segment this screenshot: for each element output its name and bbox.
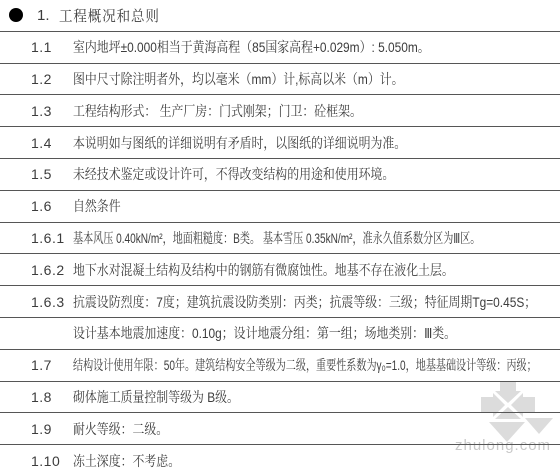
note-row-1-9: 1.9 耐火等级：二级。 (0, 413, 560, 445)
note-row-1-5: 1.5 未经技术鉴定或设计许可，不得改变结构的用途和使用环境。 (0, 159, 560, 191)
note-row-1-2: 1.2 图中尺寸除注明者外，均以毫米（mm）计,标高以米（m）计。 (0, 64, 560, 96)
note-text: 砌体施工质量控制等级为 B级。 (73, 387, 239, 407)
note-number: 1.6.1 (31, 230, 73, 246)
notes-table: 1. 工程概况和总则 1.1 室内地坪±0.000相当于黄海高程（85国家高程+… (0, 0, 560, 476)
note-text: 设计基本地震加速度：0.10g；设计地震分组：第一组；场地类别：Ⅲ类。 (73, 323, 456, 343)
note-number: 1.7 (31, 357, 73, 373)
note-row-1-6-3-continued: 设计基本地震加速度：0.10g；设计地震分组：第一组；场地类别：Ⅲ类。 (0, 318, 560, 350)
note-row-1-6-3: 1.6.3 抗震设防烈度：7度；建筑抗震设防类别：丙类；抗震等级：三级；特征周期… (0, 286, 560, 318)
note-number: 1.6.3 (31, 294, 73, 310)
note-text: 室内地坪±0.000相当于黄海高程（85国家高程+0.029m）: 5.050m… (73, 37, 430, 57)
note-row-1-6-2: 1.6.2 地下水对混凝土结构及结构中的钢筋有微腐蚀性。地基不存在液化土层。 (0, 254, 560, 286)
structural-notes-sheet: zhulong.com 1. 工程概况和总则 1.1 室内地坪±0.000相当于… (0, 0, 560, 476)
section-title: 工程概况和总则 (59, 5, 160, 26)
note-number: 1.5 (31, 166, 73, 182)
note-text: 冻土深度：不考虑。 (73, 451, 180, 471)
note-text: 本说明如与图纸的详细说明有矛盾时，以图纸的详细说明为准。 (73, 133, 406, 153)
note-number: 1.1 (31, 39, 73, 55)
note-row-1-6-1: 1.6.1 基本风压 0.40kN/m²，地面粗糙度：B类。 基本雪压 0.35… (0, 223, 560, 255)
note-row-1-6: 1.6 自然条件 (0, 191, 560, 223)
note-row-1-10: 1.10 冻土深度：不考虑。 (0, 445, 560, 476)
note-text: 工程结构形式： 生产厂房：门式刚架；门卫：砼框架。 (73, 101, 362, 121)
note-text: 基本风压 0.40kN/m²，地面粗糙度：B类。 基本雪压 0.35kN/m²，… (73, 228, 480, 248)
note-row-1-7: 1.7 结构设计使用年限：50年。建筑结构安全等级为二级，重要性系数为γ₀=1.… (0, 350, 560, 382)
note-number: 1.10 (31, 453, 73, 469)
note-number: 1.6.2 (31, 262, 73, 278)
note-row-1-8: 1.8 砌体施工质量控制等级为 B级。 (0, 382, 560, 414)
note-text: 自然条件 (73, 196, 121, 216)
note-text: 未经技术鉴定或设计许可，不得改变结构的用途和使用环境。 (73, 164, 394, 184)
note-text: 耐火等级：二级。 (73, 419, 168, 439)
note-text: 图中尺寸除注明者外，均以毫米（mm）计,标高以米（m）计。 (73, 69, 404, 89)
note-text: 地下水对混凝土结构及结构中的钢筋有微腐蚀性。地基不存在液化土层。 (73, 260, 454, 280)
note-row-1-3: 1.3 工程结构形式： 生产厂房：门式刚架；门卫：砼框架。 (0, 95, 560, 127)
section-number: 1. (37, 7, 50, 24)
note-number: 1.3 (31, 103, 73, 119)
note-number: 1.6 (31, 198, 73, 214)
note-number: 1.4 (31, 135, 73, 151)
bullet-icon (9, 8, 23, 22)
note-text: 结构设计使用年限：50年。建筑结构安全等级为二级，重要性系数为γ₀=1.0，地基… (73, 355, 537, 375)
note-number: 1.8 (31, 389, 73, 405)
note-number: 1.9 (31, 421, 73, 437)
note-number: 1.2 (31, 71, 73, 87)
note-row-1-1: 1.1 室内地坪±0.000相当于黄海高程（85国家高程+0.029m）: 5.… (0, 32, 560, 64)
note-row-1-4: 1.4 本说明如与图纸的详细说明有矛盾时，以图纸的详细说明为准。 (0, 127, 560, 159)
note-text: 抗震设防烈度：7度；建筑抗震设防类别：丙类；抗震等级：三级；特征周期Tg=0.4… (73, 292, 536, 312)
section-header: 1. 工程概况和总则 (0, 0, 560, 32)
